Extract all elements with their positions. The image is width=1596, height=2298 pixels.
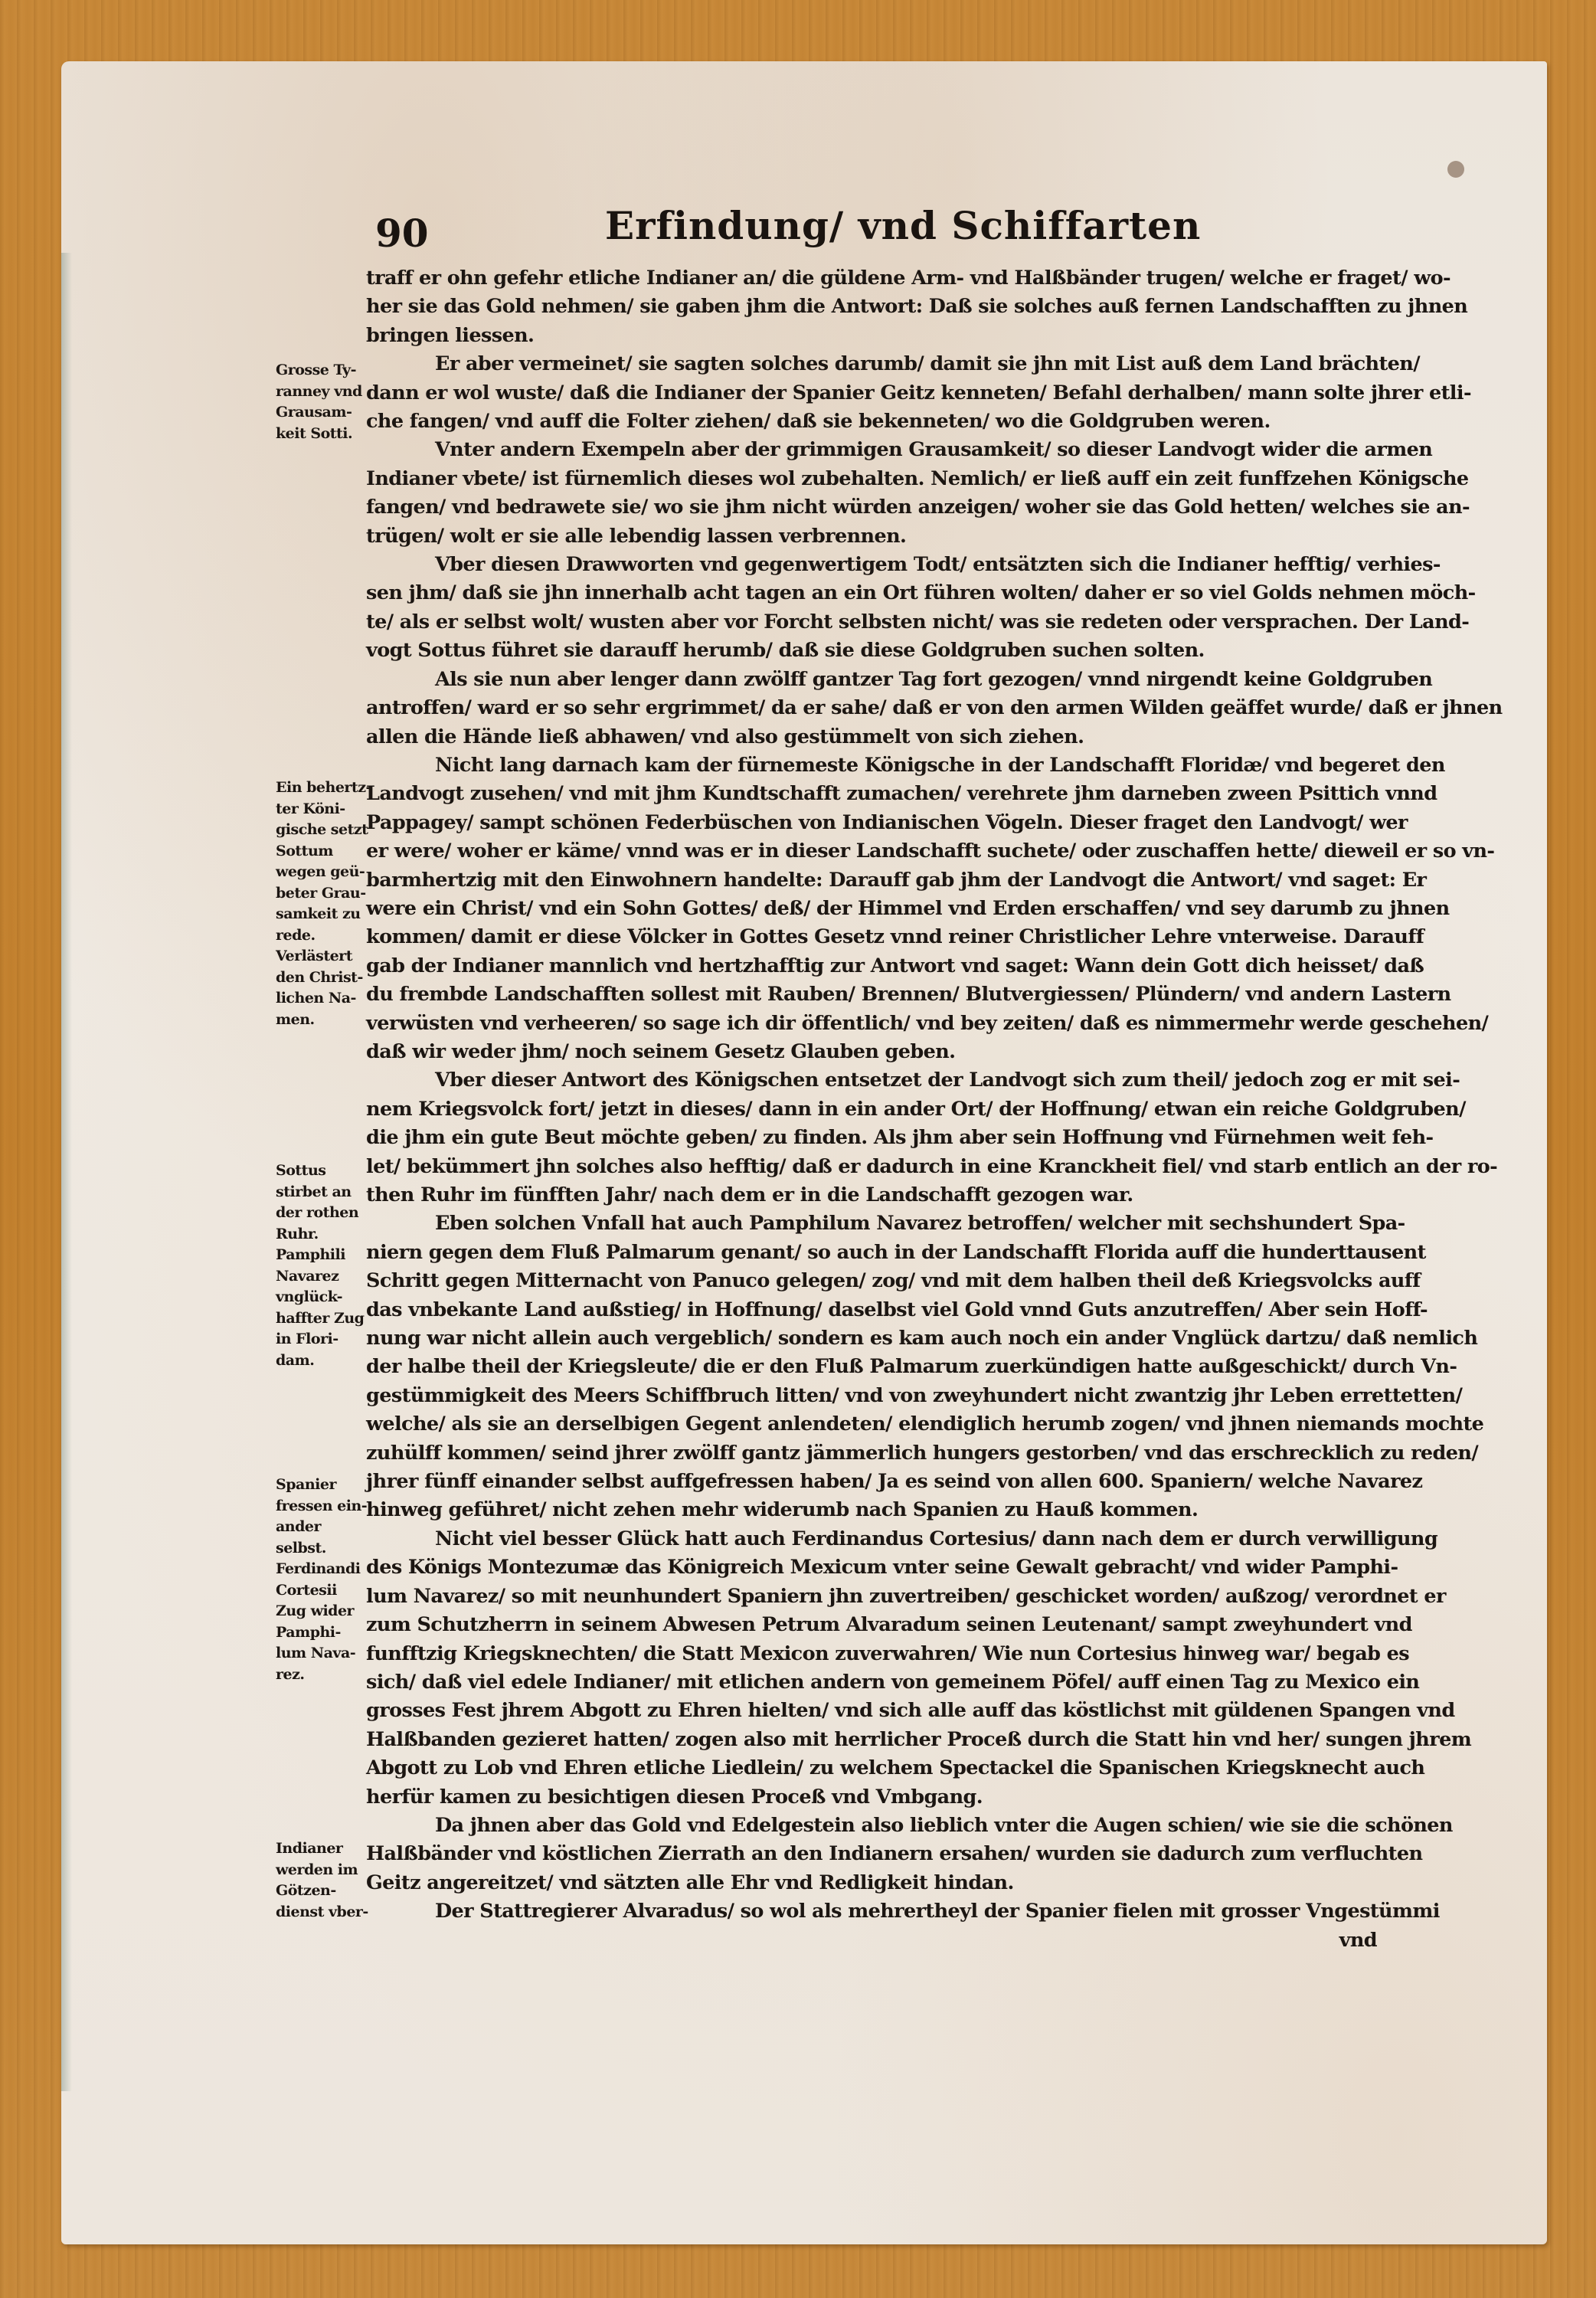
- margin-note-line: Ferdinandi: [276, 1559, 368, 1580]
- foxing-spot: [1447, 161, 1464, 178]
- margin-note-line: Navarez: [276, 1266, 368, 1288]
- text-line: Als sie nun aber lenger dann zwölff gant…: [366, 666, 1377, 694]
- text-line: der halbe theil der Kriegsleute/ die er …: [366, 1353, 1377, 1381]
- margin-note-line: haffter Zug: [276, 1308, 368, 1330]
- text-line: welche/ als sie an derselbigen Gegent an…: [366, 1410, 1377, 1439]
- page-header: 90 Erfindung/ vnd Schiffarten: [375, 203, 1394, 257]
- margin-note-line: fressen ein-: [276, 1496, 368, 1517]
- text-line: gab der Indianer mannlich vnd hertzhafft…: [366, 952, 1377, 980]
- text-line: des Königs Montezumæ das Königreich Mexi…: [366, 1553, 1377, 1582]
- text-line: Vber dieser Antwort des Königschen entse…: [366, 1066, 1377, 1095]
- text-line: Nicht lang darnach kam der fürnemeste Kö…: [366, 751, 1377, 780]
- text-line: zuhülff kommen/ seind jhrer zwölff gantz…: [366, 1439, 1377, 1468]
- text-line: Halßbänder vnd köstlichen Zierrath an de…: [366, 1840, 1377, 1868]
- margin-note-line: Spanier: [276, 1475, 368, 1496]
- text-line: Vnter andern Exempeln aber der grimmigen…: [366, 436, 1377, 464]
- margin-note-line: keit Sotti.: [276, 424, 368, 445]
- text-line: das vnbekante Land außstieg/ in Hoffnung…: [366, 1296, 1377, 1324]
- text-line: barmhertzig mit den Einwohnern handelte:…: [366, 866, 1377, 895]
- margin-note-line: rez.: [276, 1665, 368, 1686]
- text-line: die jhm ein gute Beut möchte geben/ zu f…: [366, 1124, 1377, 1152]
- text-line: Nicht viel besser Glück hatt auch Ferdin…: [366, 1525, 1377, 1553]
- margin-note-line: Pamphili: [276, 1245, 368, 1266]
- margin-note-line: den Christ-: [276, 967, 368, 989]
- margin-note-line: ander: [276, 1517, 368, 1538]
- margin-note-line: selbst.: [276, 1538, 368, 1560]
- text-line: Indianer vbete/ ist fürnemlich dieses wo…: [366, 465, 1377, 493]
- margin-note: Grosse Ty-ranney vndGrausam-keit Sotti.: [276, 360, 368, 444]
- margin-note-line: Verlästert: [276, 946, 368, 967]
- text-line: Vber diesen Drawworten vnd gegenwertigem…: [366, 551, 1377, 579]
- text-line: her sie das Gold nehmen/ sie gaben jhm d…: [366, 293, 1377, 321]
- text-line: antroffen/ ward er so sehr ergrimmet/ da…: [366, 694, 1377, 722]
- text-line: Abgott zu Lob vnd Ehren etliche Liedlein…: [366, 1754, 1377, 1782]
- margin-note-line: lichen Na-: [276, 988, 368, 1010]
- text-line: Er aber vermeinet/ sie sagten solches da…: [366, 350, 1377, 378]
- margin-note-line: beter Grau-: [276, 883, 368, 905]
- margin-note-line: Cortesii: [276, 1580, 368, 1602]
- text-line: che fangen/ vnd auff die Folter ziehen/ …: [366, 408, 1377, 436]
- text-line: bringen liessen.: [366, 322, 1377, 350]
- text-line: allen die Hände ließ abhawen/ vnd also g…: [366, 723, 1377, 751]
- text-line: sen jhm/ daß sie jhn innerhalb acht tage…: [366, 579, 1377, 607]
- text-line: Eben solchen Vnfall hat auch Pamphilum N…: [366, 1210, 1377, 1238]
- margin-note-line: rede.: [276, 925, 368, 947]
- margin-note-line: der rothen: [276, 1203, 368, 1224]
- catchword: vnd: [366, 1926, 1377, 1955]
- margin-note: Indianerwerden imGötzen-dienst vber-: [276, 1838, 368, 1923]
- margin-note-line: Grausam-: [276, 402, 368, 424]
- text-line: kommen/ damit er diese Völcker in Gottes…: [366, 923, 1377, 951]
- text-line: nem Kriegsvolck fort/ jetzt in dieses/ d…: [366, 1095, 1377, 1124]
- margin-note-line: stirbet an: [276, 1182, 368, 1203]
- text-line: fangen/ vnd bedrawete sie/ wo sie jhm ni…: [366, 493, 1377, 522]
- running-title: Erfindung/ vnd Schiffarten: [605, 203, 1201, 248]
- text-line: were ein Christ/ vnd ein Sohn Gottes/ de…: [366, 895, 1377, 923]
- text-line: verwüsten vnd verheeren/ so sage ich dir…: [366, 1010, 1377, 1038]
- margin-note-line: Zug wider: [276, 1601, 368, 1622]
- margin-note-line: in Flori-: [276, 1329, 368, 1350]
- margin-note-line: ranney vnd: [276, 381, 368, 403]
- text-line: herfür kamen zu besichtigen diesen Proce…: [366, 1783, 1377, 1812]
- text-line: zum Schutzherrn in seinem Abwesen Petrum…: [366, 1611, 1377, 1639]
- margin-note-line: werden im: [276, 1860, 368, 1881]
- margin-note-line: dienst vber-: [276, 1902, 368, 1923]
- text-line: Landvogt zusehen/ vnd mit jhm Kundtschaf…: [366, 780, 1377, 808]
- text-line: sich/ daß viel edele Indianer/ mit etlic…: [366, 1668, 1377, 1697]
- text-line: nung war nicht allein auch vergeblich/ s…: [366, 1324, 1377, 1353]
- margin-note-line: wegen geü-: [276, 862, 368, 883]
- main-text-column: traff er ohn gefehr etliche Indianer an/…: [366, 264, 1377, 1955]
- margin-note-line: Grosse Ty-: [276, 360, 368, 381]
- margin-note: Sottusstirbet ander rothenRuhr.PamphiliN…: [276, 1160, 368, 1371]
- text-line: du frembde Landschafften sollest mit Rau…: [366, 980, 1377, 1009]
- text-line: trügen/ wolt er sie alle lebendig lassen…: [366, 522, 1377, 551]
- margin-note-line: Ruhr.: [276, 1224, 368, 1246]
- text-line: jhrer fünff einander selbst auffgefresse…: [366, 1468, 1377, 1496]
- text-line: te/ als er selbst wolt/ wusten aber vor …: [366, 608, 1377, 637]
- text-line: traff er ohn gefehr etliche Indianer an/…: [366, 264, 1377, 293]
- margin-note: Spanierfressen ein-anderselbst.Ferdinand…: [276, 1475, 368, 1685]
- margin-note-line: Ein behertz-: [276, 777, 368, 799]
- text-line: Halßbanden gezieret hatten/ zogen also m…: [366, 1726, 1377, 1754]
- text-line: then Ruhr im fünfften Jahr/ nach dem er …: [366, 1181, 1377, 1210]
- text-line: hinweg geführet/ nicht zehen mehr wideru…: [366, 1496, 1377, 1524]
- text-line: let/ bekümmert jhn solches also hefftig/…: [366, 1153, 1377, 1181]
- text-line: Schritt gegen Mitternacht von Panuco gel…: [366, 1267, 1377, 1295]
- text-line: gestümmigkeit des Meers Schiffbruch litt…: [366, 1382, 1377, 1410]
- text-line: Da jhnen aber das Gold vnd Edelgestein a…: [366, 1812, 1377, 1840]
- margin-note: Ein behertz-ter Köni-gische setztSottumw…: [276, 777, 368, 1030]
- page-number: 90: [375, 211, 429, 256]
- text-line: Der Stattregierer Alvaradus/ so wol als …: [366, 1897, 1377, 1926]
- text-line: lum Navarez/ so mit neunhundert Spaniern…: [366, 1583, 1377, 1611]
- margin-note-line: ter Köni-: [276, 799, 368, 820]
- margin-note-line: Sottum: [276, 841, 368, 863]
- margin-note-line: gische setzt: [276, 820, 368, 841]
- text-line: vogt Sottus führet sie darauff herumb/ d…: [366, 637, 1377, 665]
- margin-note-line: Pamphi-: [276, 1622, 368, 1644]
- text-line: grosses Fest jhrem Abgott zu Ehren hielt…: [366, 1697, 1377, 1725]
- margin-note-line: men.: [276, 1010, 368, 1031]
- margin-note-line: Götzen-: [276, 1881, 368, 1902]
- margin-note-line: Sottus: [276, 1160, 368, 1182]
- margin-note-line: Indianer: [276, 1838, 368, 1860]
- text-line: funfftzig Kriegsknechten/ die Statt Mexi…: [366, 1640, 1377, 1668]
- text-line: er were/ woher er käme/ vnnd was er in d…: [366, 837, 1377, 866]
- text-line: Geitz angereitzet/ vnd sätzten alle Ehr …: [366, 1869, 1377, 1897]
- text-line: dann er wol wuste/ daß die Indianer der …: [366, 379, 1377, 408]
- margin-note-line: lum Nava-: [276, 1643, 368, 1665]
- text-line: Pappagey/ sampt schönen Federbüschen von…: [366, 809, 1377, 837]
- margin-note-line: samkeit zu: [276, 904, 368, 925]
- margin-note-line: vnglück-: [276, 1287, 368, 1308]
- text-line: daß wir weder jhm/ noch seinem Gesetz Gl…: [366, 1038, 1377, 1066]
- text-line: niern gegen dem Fluß Palmarum genant/ so…: [366, 1239, 1377, 1267]
- margin-note-line: dam.: [276, 1350, 368, 1372]
